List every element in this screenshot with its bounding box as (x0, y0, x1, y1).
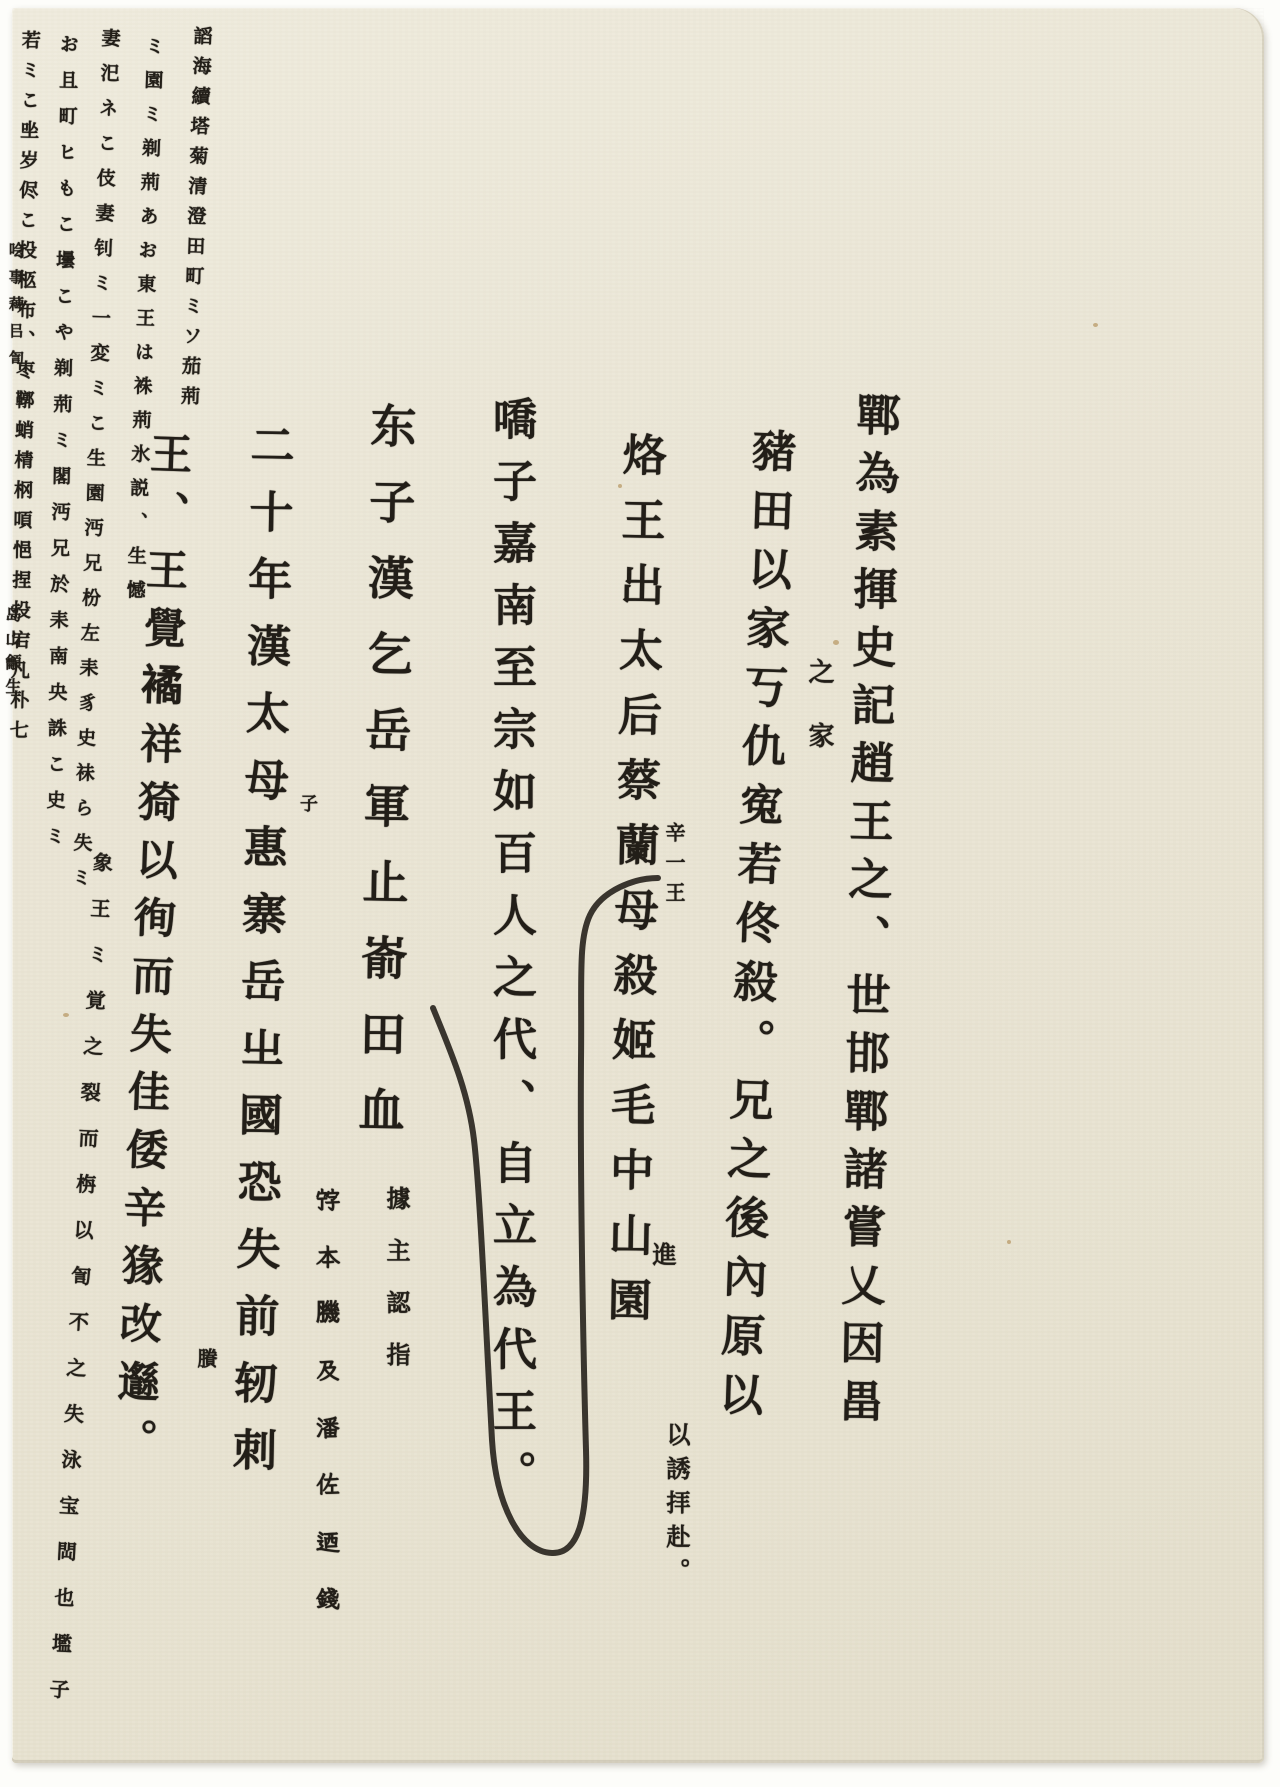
main-column-1-side-note: 之家 (806, 658, 832, 786)
main-column-5-note-a: 據主認指 (384, 1186, 408, 1394)
manuscript-scan: 鄲為素揮史記趙王之、世邯鄲諸嘗乂因畕之家豬田以家丂仇寃若佟殺。兄之後內原以𨊠以誘… (0, 0, 1280, 1787)
topleft-margin-note-b: 岛山龥生 (4, 606, 20, 702)
main-column-5: 东子漢乞岳軍止嵛田血 (355, 402, 414, 1163)
main-column-4: 嘺子嘉南至宗如百人之代、自立為代王。 (488, 396, 532, 1512)
paper-speck (1093, 323, 1098, 327)
insert-mark-note: 進 (650, 1242, 674, 1272)
paper-speck (63, 1013, 69, 1017)
main-column-2-tail-note: 以誘拝赴。 (664, 1422, 688, 1592)
paper-speck (833, 640, 839, 645)
main-column-3-inline-note: 辛一王 (664, 822, 684, 912)
main-column-6-inline-note: 子 (298, 794, 316, 818)
main-column-7-inline-note: 賸 (196, 1348, 216, 1374)
paper-speck (1007, 1240, 1011, 1244)
main-column-5-note-b: 𡨸本𦠄及潘佐迺錢 (316, 1186, 340, 1642)
topleft-margin-note-a: 哙事薭㠯訇 (8, 242, 23, 377)
